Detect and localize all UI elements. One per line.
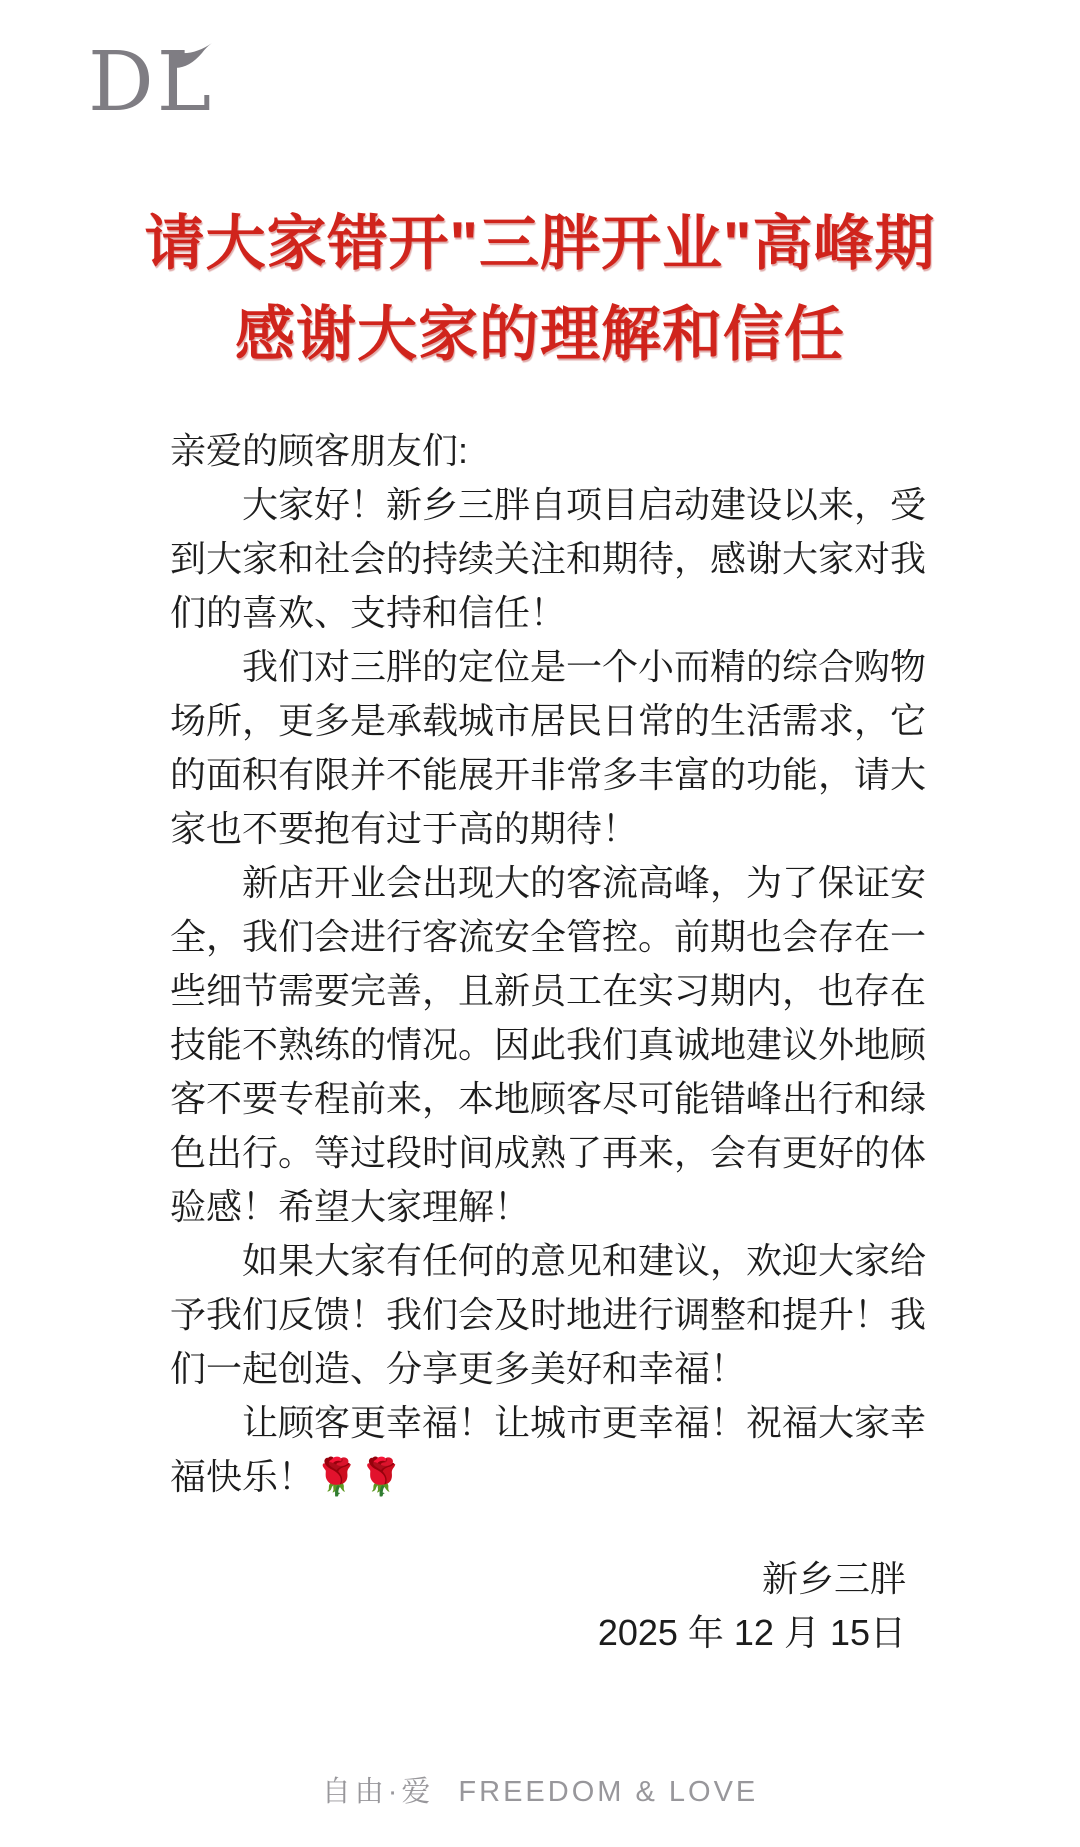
brand-logo: DL [88,28,268,148]
paragraph-3: 新店开业会出现大的客流高峰，为了保证安 全，我们会进行客流安全管控。前期也会存在… [170,856,960,1234]
footer-slogan-zh: 自由·爱 [322,1776,435,1808]
salutation: 亲爱的顾客朋友们: [170,424,960,478]
signature-name: 新乡三胖 [0,1552,906,1606]
announcement-page: DL 请大家错开"三胖开业"高峰期 感谢大家的理解和信任 亲爱的顾客朋友们: 大… [0,0,1080,1847]
title-line-1: 请大家错开"三胖开业"高峰期 [0,198,1080,289]
paragraph-4: 如果大家有任何的意见和建议，欢迎大家给 予我们反馈！我们会及时地进行调整和提升！… [170,1234,960,1396]
logo-swoosh-icon [168,42,214,72]
paragraph-1: 大家好！新乡三胖自项目启动建设以来，受 到大家和社会的持续关注和期待，感谢大家对… [170,478,960,640]
signoff-block: 新乡三胖 2025 年 12 月 15日 [0,1552,1080,1660]
letter-body: 亲爱的顾客朋友们: 大家好！新乡三胖自项目启动建设以来，受 到大家和社会的持续关… [170,424,960,1504]
footer-slogan-en: FREEDOM & LOVE [458,1776,758,1808]
paragraph-5: 让顾客更幸福！让城市更幸福！祝福大家幸 福快乐！🌹🌹 [170,1396,960,1504]
paragraph-2: 我们对三胖的定位是一个小而精的综合购物 场所，更多是承载城市居民日常的生活需求，… [170,640,960,856]
signature-date: 2025 年 12 月 15日 [0,1606,906,1660]
page-title: 请大家错开"三胖开业"高峰期 感谢大家的理解和信任 [0,198,1080,380]
title-line-2: 感谢大家的理解和信任 [0,289,1080,380]
brand-footer: 自由·爱FREEDOM & LOVE [0,1772,1080,1812]
